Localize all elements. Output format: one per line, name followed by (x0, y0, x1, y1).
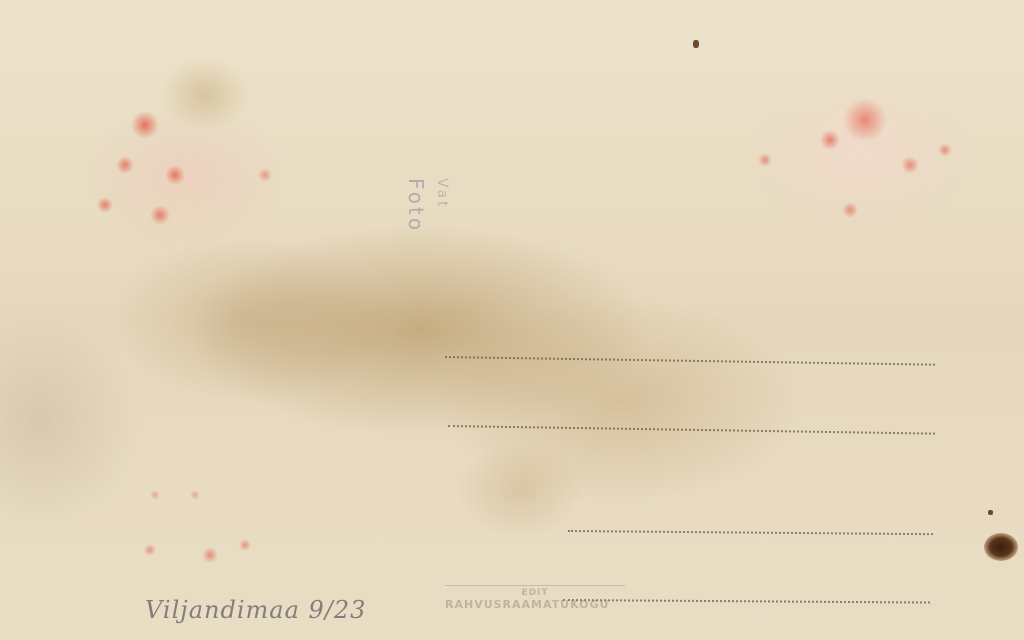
red-stamp-residue-left (85, 105, 285, 245)
burn-spot (984, 533, 1018, 561)
red-stamp-residue-right (750, 70, 970, 240)
publisher-imprint-top: EDIT (445, 585, 625, 598)
publisher-imprint-bottom: RAHVUSRAAMATUKOGU (445, 598, 609, 611)
publisher-imprint: EDIT RAHVUSRAAMATUKOGU (445, 585, 625, 611)
handwritten-note: Viljandimaa 9/23 (145, 596, 366, 624)
postcard-back: Foto Vat EDIT RAHVUSRAAMATUKOGU Viljandi… (0, 0, 1024, 640)
address-line-3 (568, 530, 933, 535)
address-line-1 (445, 356, 935, 366)
vat-text: Vat (434, 178, 450, 210)
foto-text: Foto (404, 178, 428, 233)
dirt-speck (988, 510, 993, 515)
red-stamp-residue-bottom (125, 480, 265, 580)
dirt-speck (693, 40, 699, 48)
address-line-2 (448, 425, 935, 435)
faded-foto-imprint: Foto Vat (404, 178, 428, 233)
